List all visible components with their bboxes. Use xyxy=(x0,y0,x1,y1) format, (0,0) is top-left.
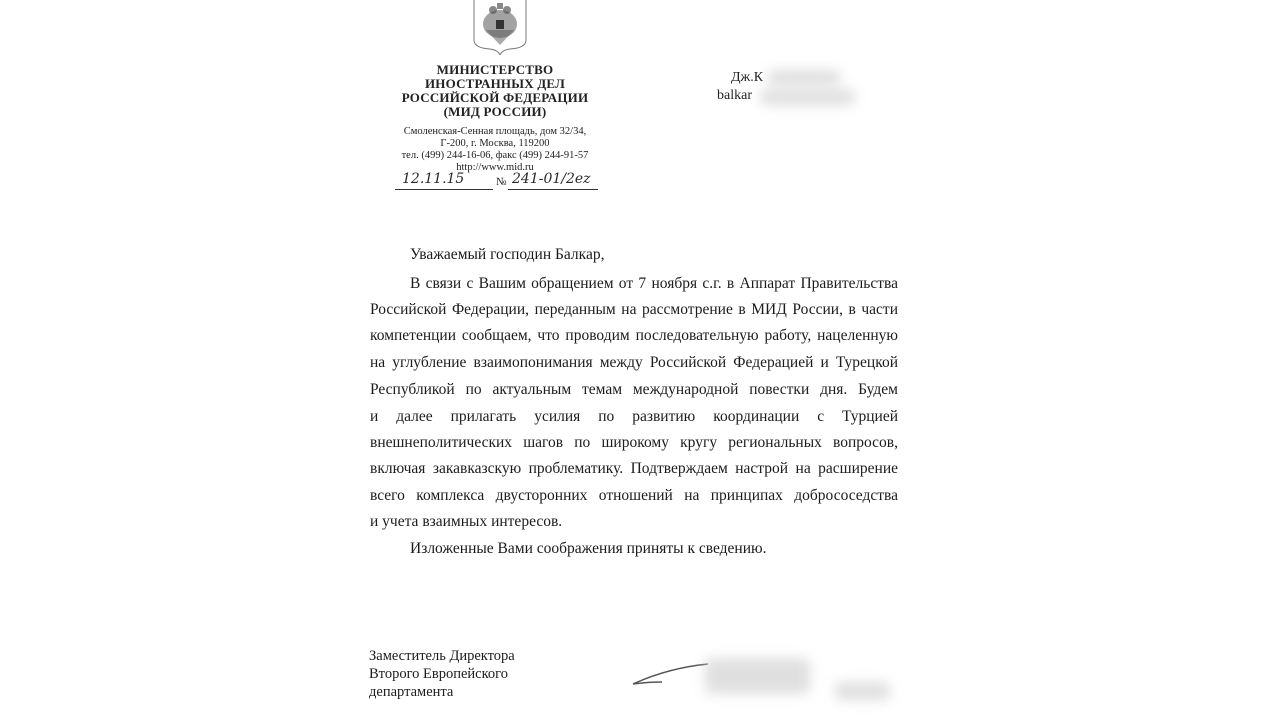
document-number: 241-01/2ez xyxy=(512,171,591,187)
body-line: на углубление взаимопонимания между Росс… xyxy=(370,354,898,372)
address-line-3: тел. (499) 244-16-06, факс (499) 244-91-… xyxy=(395,150,595,162)
body-line: и учета взаимных интересов. xyxy=(370,513,898,531)
closing-paragraph: Изложенные Вами соображения приняты к св… xyxy=(410,540,766,558)
number-label: № xyxy=(496,176,507,188)
signatory-title-line-1: Заместитель Директора xyxy=(369,647,515,666)
body-line: компетенции сообщаем, что проводим после… xyxy=(370,327,898,345)
body-line: Республикой по актуальным темам междунар… xyxy=(370,381,898,399)
body-line: включая закавказскую проблематику. Подтв… xyxy=(370,460,898,478)
number-underline xyxy=(508,189,598,190)
redacted-recipient-email xyxy=(760,89,855,105)
signatory-title-line-2: Второго Европейского xyxy=(369,665,508,684)
redacted-signature xyxy=(705,658,810,694)
redacted-recipient-name xyxy=(768,70,840,86)
greeting: Уважаемый господин Балкар, xyxy=(410,246,604,264)
signatory-title-line-3: департамента xyxy=(369,683,453,702)
ministry-name-line-1: МИНИСТЕРСТВО xyxy=(395,63,595,77)
ministry-name-line-4: (МИД РОССИИ) xyxy=(395,105,595,119)
address-line-1: Смоленская-Сенная площадь, дом 32/34, xyxy=(395,126,595,138)
russian-coat-of-arms-icon xyxy=(470,0,530,55)
ministry-name-line-2: ИНОСТРАННЫХ ДЕЛ xyxy=(395,77,595,91)
body-line: и далее прилагать усилия по развитию коо… xyxy=(370,408,898,426)
address-line-2: Г-200, г. Москва, 119200 xyxy=(395,138,595,150)
body-line: внешнеполитических шагов по широкому кру… xyxy=(370,434,898,452)
body-line: В связи с Вашим обращением от 7 ноября с… xyxy=(410,275,898,293)
body-line: Российской Федерации, переданным на расс… xyxy=(370,301,898,319)
redacted-signatory-name xyxy=(835,682,890,700)
body-line: всего комплекса двусторонних отношений н… xyxy=(370,487,898,505)
date-underline xyxy=(395,189,493,190)
recipient-name: Дж.К xyxy=(731,70,763,86)
ministry-name-line-3: РОССИЙСКОЙ ФЕДЕРАЦИИ xyxy=(395,91,595,105)
document-date: 12.11.15 xyxy=(402,171,464,187)
recipient-email: balkar xyxy=(717,88,752,104)
